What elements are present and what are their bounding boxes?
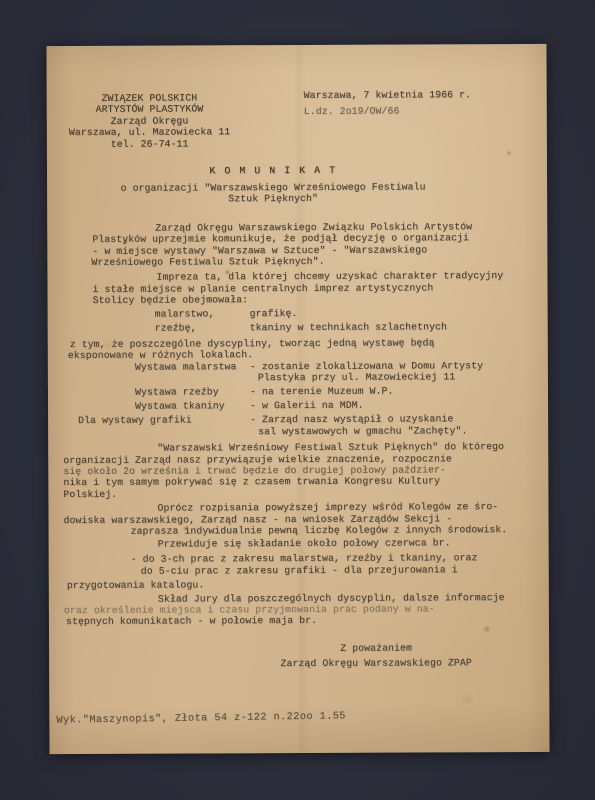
text-line: - Zarząd nasz wystąpił o uzyskanie bbox=[250, 414, 467, 426]
text-line: Wrześniowego Festiwalu Sztuk Pięknych". bbox=[61, 255, 485, 268]
discipline-item: tkaniny w technikach szlachetnych bbox=[250, 322, 447, 334]
venue-term: Wystawa rzeźby bbox=[62, 386, 250, 398]
text-line: - zostanie zlokalizowana w Domu Artysty bbox=[250, 360, 483, 372]
paragraph-6: Przewiduje się składanie około połowy cz… bbox=[63, 538, 487, 551]
text-line: stępnych komunikatach - w połowie maja b… bbox=[63, 615, 487, 628]
signature-organization: Zarząd Okręgu Warszawskiego ZPAP bbox=[276, 655, 476, 671]
venue-row: Wystawa rzeźby - na terenie Muzeum W.P. bbox=[62, 385, 486, 398]
scanned-letter-page: ZWIĄZEK POLSKICH ARTYSTÓW PLASTYKÓW Zarz… bbox=[46, 44, 549, 754]
venue-row: Wystawa tkaniny - w Galerii na MDM. bbox=[62, 399, 486, 412]
disciplines-row: malarstwo, grafikę. bbox=[62, 307, 486, 320]
typist-footer-note: Wyk."Maszynopis", Złota 54 z-122 n.22oo … bbox=[56, 711, 346, 727]
letter-content: ZWIĄZEK POLSKICH ARTYSTÓW PLASTYKÓW Zarz… bbox=[60, 44, 487, 672]
discipline-item: grafikę. bbox=[250, 308, 298, 320]
reference-number: L.dz. 2o19/OW/66 bbox=[304, 106, 471, 118]
sender-line: tel. 26-74-11 bbox=[69, 138, 230, 150]
venue-description: - Zarząd nasz wystąpił o uzyskanie sal w… bbox=[250, 414, 467, 438]
paragraph-8: do 5-ciu prac z zakresu grafiki - dla pr… bbox=[63, 564, 487, 591]
sender-line: Zarząd Okręgu bbox=[69, 115, 230, 127]
venue-term: Dla wystawy grafiki bbox=[62, 415, 250, 439]
venues-list: Wystawa malarstwa - zostanie zlokalizowa… bbox=[62, 360, 486, 438]
venue-row: Wystawa malarstwa - zostanie zlokalizowa… bbox=[62, 360, 486, 385]
signature-block: Z poważaniem Zarząd Okręgu Warszawskiego… bbox=[276, 640, 476, 671]
venue-row: Dla wystawy grafiki - Zarząd nasz wystąp… bbox=[62, 413, 486, 438]
venue-description: - w Galerii na MDM. bbox=[250, 400, 364, 412]
venue-description: - zostanie zlokalizowana w Domu Artysty … bbox=[250, 360, 483, 384]
date-reference-block: Warszawa, 7 kwietnia 1966 r. L.dz. 2o19/… bbox=[304, 89, 472, 118]
disciplines-row: rzeźbę, tkaniny w technikach szlachetnyc… bbox=[62, 321, 486, 334]
paragraph-5: Oprócz rozpisania powyższej imprezy wśró… bbox=[62, 501, 486, 537]
text-line: z tym, że poszczególne dyscypliny, tworz… bbox=[62, 337, 486, 350]
sender-address-block: ZWIĄZEK POLSKICH ARTYSTÓW PLASTYKÓW Zarz… bbox=[69, 92, 231, 150]
venue-term: Wystawa malarstwa bbox=[62, 361, 250, 385]
letterhead: ZWIĄZEK POLSKICH ARTYSTÓW PLASTYKÓW Zarz… bbox=[60, 44, 484, 151]
date-line: Warszawa, 7 kwietnia 1966 r. bbox=[304, 89, 471, 101]
disciplines-list: malarstwo, grafikę. rzeźbę, tkaniny w te… bbox=[62, 307, 486, 334]
text-line: Przewiduje się składanie około połowy cz… bbox=[63, 538, 487, 551]
paragraph-9: Skład Jury dla poszczególnych dyscyplin,… bbox=[63, 592, 487, 628]
text-line: zaprasza indywidualnie pewną liczbę Kole… bbox=[63, 524, 487, 537]
text-line: sal wystawowych w gmachu "Zachęty". bbox=[250, 425, 467, 437]
paragraph-7: - do 3-ch prac z zakresu malarstwa, rzeź… bbox=[63, 552, 487, 565]
text-line: do 5-ciu prac z zakresu grafiki - dla pr… bbox=[63, 564, 487, 577]
sender-line: ZWIĄZEK POLSKICH bbox=[69, 92, 230, 104]
text-line: oraz określenie miejsca i czasu przyjmow… bbox=[63, 603, 487, 616]
paragraph-2: Impreza ta, dla której chcemy uzyskać ch… bbox=[61, 271, 485, 307]
closing-salutation: Z poważaniem bbox=[276, 640, 476, 656]
sender-line: ARTYSTÓW PLASTYKÓW bbox=[69, 104, 230, 116]
document-title: K O M U N I K A T bbox=[61, 164, 485, 177]
text-line: i stałe miejsce w planie centralnych imp… bbox=[61, 282, 485, 295]
venue-description: - na terenie Muzeum W.P. bbox=[250, 385, 394, 397]
text-line: - do 3-ch prac z zakresu malarstwa, rzeź… bbox=[63, 552, 487, 565]
paragraph-4: "Warszawski Wrześniowy Festiwal Sztuk Pi… bbox=[62, 441, 486, 500]
paragraph-3: z tym, że poszczególne dyscypliny, tworz… bbox=[62, 337, 486, 362]
document-subtitle: o organizacji "Warszawskiego Wrześnioweg… bbox=[61, 181, 485, 206]
discipline-item: rzeźbę, bbox=[62, 322, 250, 334]
text-line: - w miejsce wystawy "Warszawa w Sztuce" … bbox=[61, 244, 485, 257]
subtitle-line: Sztuk Pięknych" bbox=[61, 193, 485, 206]
discipline-item: malarstwo, bbox=[62, 308, 250, 320]
text-line: Stolicy będzie obejmowała: bbox=[62, 293, 486, 306]
text-line: się około 2o września i trwać będzie do … bbox=[62, 464, 486, 477]
text-line: Plastyka przy ul. Mazowieckiej 11 bbox=[250, 371, 483, 383]
paragraph-1: Zarząd Okręgu Warszawskiego Związku Pols… bbox=[61, 221, 485, 268]
text-line: Polskiej. bbox=[62, 487, 486, 500]
text-line: nika i tym samym pokrywać się z czasem t… bbox=[62, 476, 486, 489]
venue-term: Wystawa tkaniny bbox=[62, 400, 250, 412]
text-line: przygotowania katalogu. bbox=[63, 578, 487, 591]
sender-line: Warszawa, ul. Mazowiecka 11 bbox=[69, 127, 230, 139]
